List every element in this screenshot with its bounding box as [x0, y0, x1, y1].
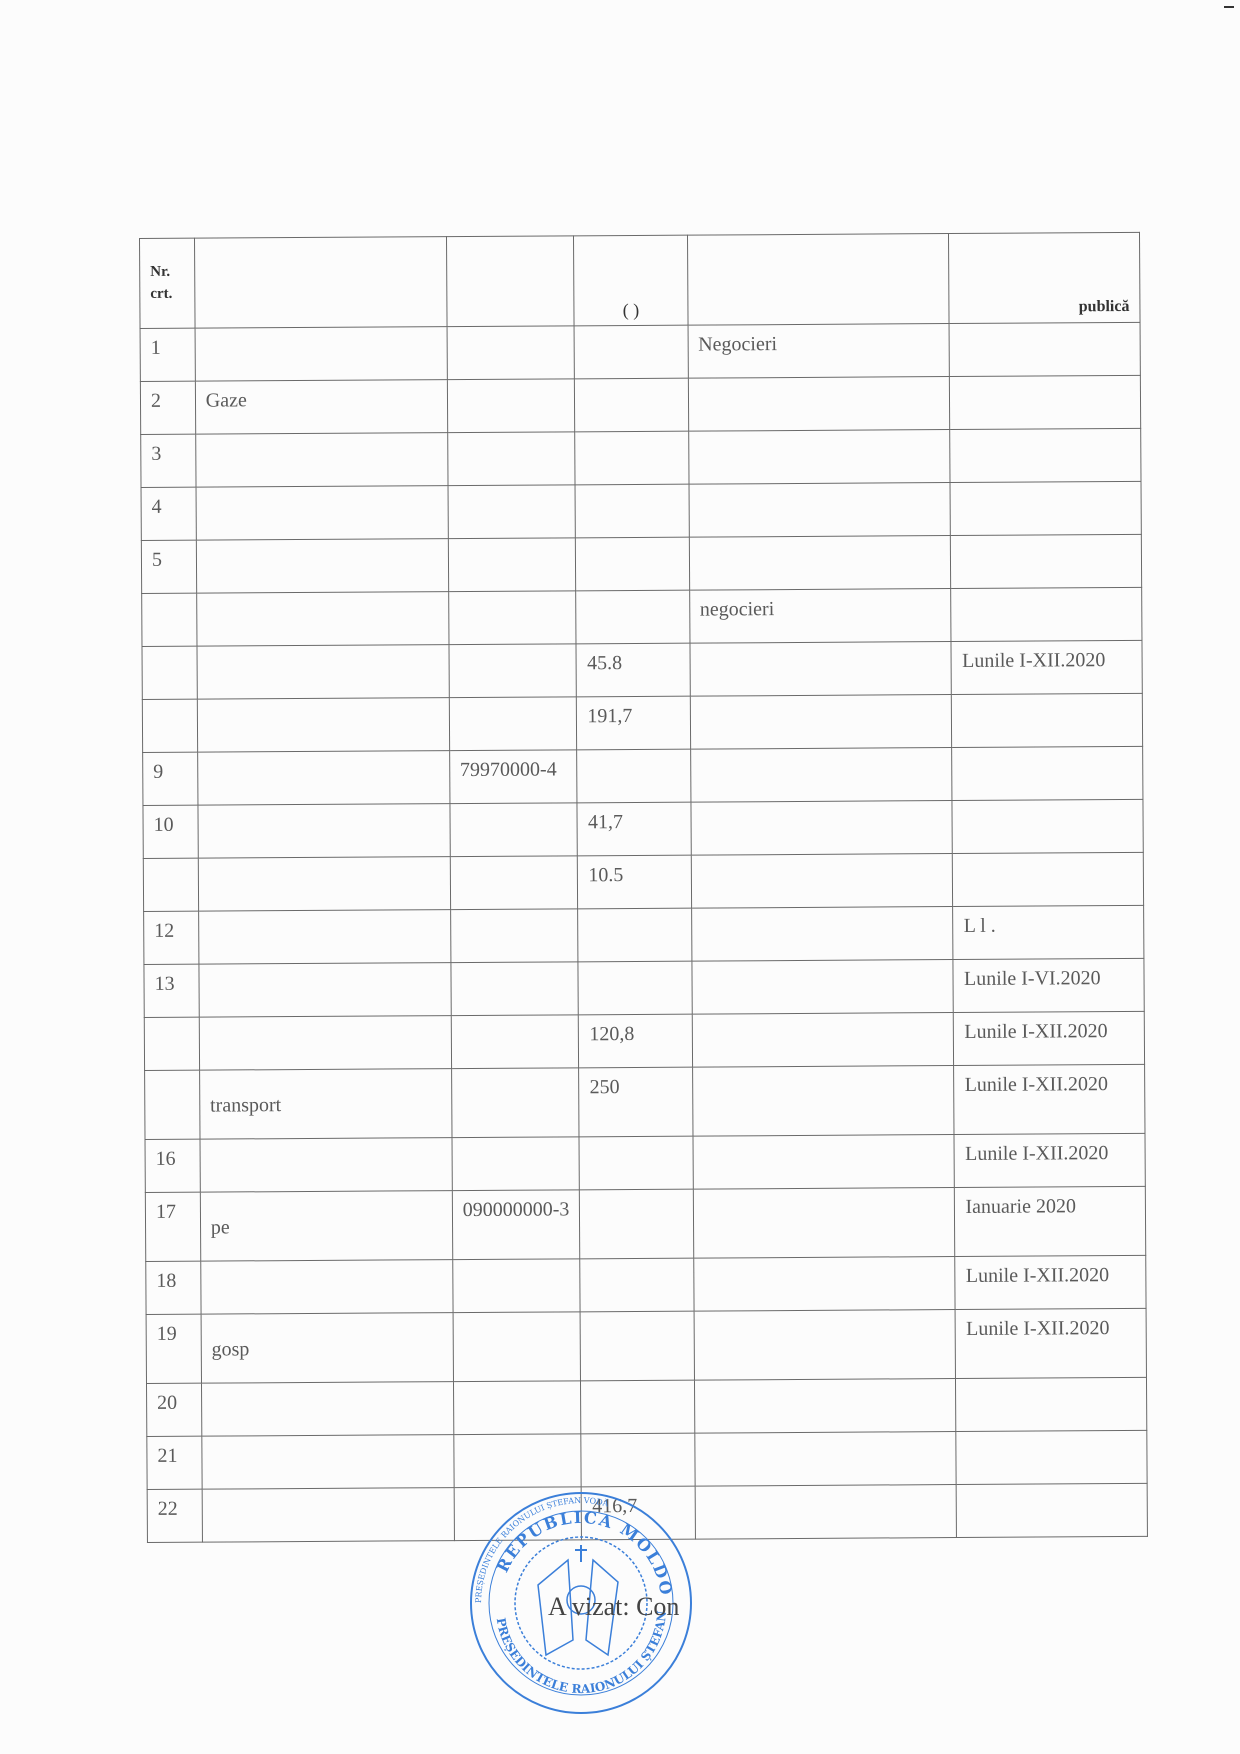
cell-cpv [448, 538, 576, 592]
cell-procedure [694, 1310, 956, 1381]
cell-value [574, 325, 687, 379]
table-row: 120,8Lunile I-XII.2020 [144, 1011, 1144, 1070]
cell-cpv [447, 379, 575, 433]
table-row: 3 [141, 428, 1141, 487]
cell-description [196, 592, 448, 647]
cell-nr: 19 [146, 1314, 201, 1383]
cell-nr [142, 646, 197, 699]
header-nr-text: Nr. crt. [150, 264, 172, 302]
cell-period [952, 746, 1143, 800]
cell-value [575, 378, 688, 432]
table-header-row: Nr. crt. ( ) publică [140, 232, 1141, 328]
header-period: publică [949, 232, 1140, 323]
cell-procedure [692, 1066, 954, 1137]
scan-mark [1224, 6, 1234, 8]
cell-period [956, 1430, 1147, 1484]
cell-nr: 4 [141, 487, 196, 540]
cell-value: 191,7 [577, 696, 690, 750]
cell-description [198, 910, 450, 965]
cell-procedure [692, 1013, 954, 1068]
table-row: 12L l . [144, 905, 1144, 964]
cell-value [578, 961, 691, 1015]
cell-value [580, 1311, 694, 1381]
cell-cpv [451, 1068, 579, 1138]
cell-period [956, 1377, 1147, 1431]
cell-cpv [448, 485, 576, 539]
cell-period: L l . [953, 905, 1144, 959]
cell-value [577, 749, 690, 803]
cell-procedure [688, 430, 950, 485]
cell-value [578, 908, 691, 962]
header-description [194, 237, 447, 329]
header-nr: Nr. crt. [140, 238, 195, 328]
cell-procedure: negocieri [689, 589, 951, 644]
procurement-plan-table: Nr. crt. ( ) publică 1Negocieri2Gaze345n… [139, 232, 1148, 1543]
cell-value [580, 1189, 694, 1259]
cell-description [195, 327, 447, 382]
cell-value [579, 1136, 692, 1190]
header-value: ( ) [574, 235, 688, 326]
cell-nr [145, 1070, 200, 1139]
cell-cpv [453, 1312, 581, 1382]
table-row: 10.5 [143, 852, 1143, 911]
table-row: negocieri [142, 587, 1142, 646]
cell-period: Lunile I-XII.2020 [954, 1064, 1145, 1134]
cell-nr: 12 [144, 911, 199, 964]
cell-description: transport [199, 1069, 451, 1140]
cell-cpv [449, 644, 577, 698]
cell-procedure [691, 907, 953, 962]
cell-period: Lunile I-XII.2020 [955, 1255, 1146, 1309]
cell-procedure [690, 801, 952, 856]
table-row: 191,7 [142, 693, 1142, 752]
cell-period: Lunile I-XII.2020 [951, 640, 1142, 694]
cell-cpv [448, 591, 576, 645]
cell-cpv [452, 1259, 580, 1313]
cell-value: 45.8 [576, 643, 689, 697]
table-row: 1Negocieri [140, 322, 1140, 381]
cell-procedure [693, 1188, 955, 1259]
cell-procedure [690, 642, 952, 697]
cell-period [950, 375, 1141, 429]
cell-description [196, 486, 448, 541]
cell-nr: 18 [146, 1261, 201, 1314]
cell-period [950, 428, 1141, 482]
table-row: 2Gaze [140, 375, 1140, 434]
cell-description: Gaze [195, 380, 447, 435]
table-row: 19gospLunile I-XII.2020 [146, 1308, 1146, 1383]
cell-value [575, 431, 688, 485]
cell-period: Lunile I-VI.2020 [953, 958, 1144, 1012]
cell-procedure [694, 1432, 956, 1487]
cell-period [951, 587, 1142, 641]
cell-description [202, 1488, 454, 1543]
cell-procedure [689, 483, 951, 538]
cell-nr: 16 [145, 1139, 200, 1192]
cell-period [951, 534, 1142, 588]
cell-cpv [450, 856, 578, 910]
cell-procedure [695, 1485, 957, 1540]
cell-description [201, 1382, 453, 1437]
cell-value [576, 590, 689, 644]
cell-nr [144, 1017, 199, 1070]
cell-procedure [690, 695, 952, 750]
cell-description [197, 645, 449, 700]
cell-nr: 21 [147, 1436, 202, 1489]
cell-description [201, 1260, 453, 1315]
cell-nr: 3 [141, 434, 196, 487]
table-row: 1041,7 [143, 799, 1143, 858]
cell-procedure [694, 1379, 956, 1434]
table-row: 45.8Lunile I-XII.2020 [142, 640, 1142, 699]
cell-value [581, 1380, 694, 1434]
cell-description [196, 539, 448, 594]
cell-nr [143, 858, 198, 911]
cell-description [198, 857, 450, 912]
cell-period [950, 322, 1141, 376]
cell-period [950, 481, 1141, 535]
cell-nr: 17 [145, 1192, 200, 1261]
cell-value [580, 1258, 693, 1312]
cell-value [575, 484, 688, 538]
cell-description [198, 804, 450, 859]
cell-value [581, 1433, 694, 1487]
cell-period: Ianuarie 2020 [955, 1186, 1146, 1256]
cell-period [957, 1483, 1148, 1537]
cell-description [199, 1016, 451, 1071]
cell-procedure [691, 854, 953, 909]
cell-procedure [691, 960, 953, 1015]
table-row: 5 [141, 534, 1141, 593]
cell-cpv [447, 326, 575, 380]
cell-description: gosp [201, 1313, 453, 1384]
cell-cpv [454, 1434, 582, 1488]
cell-cpv: 090000000-3 [452, 1190, 580, 1260]
cell-period: Lunile I-XII.2020 [956, 1308, 1147, 1378]
cell-procedure [689, 536, 951, 591]
cell-value: 250 [579, 1067, 693, 1137]
visa-text: A vizat: Con [548, 1592, 679, 1622]
cell-procedure: Negocieri [688, 324, 950, 379]
cell-description [197, 751, 449, 806]
table-row: 13Lunile I-VI.2020 [144, 958, 1144, 1017]
cell-period [953, 852, 1144, 906]
table-row: 18Lunile I-XII.2020 [146, 1255, 1146, 1314]
cell-nr: 2 [140, 381, 195, 434]
cell-cpv [451, 962, 579, 1016]
cell-cpv [450, 909, 578, 963]
header-cpv [446, 236, 574, 327]
cell-nr: 13 [144, 964, 199, 1017]
cell-nr: 20 [146, 1383, 201, 1436]
cell-description: pe [200, 1191, 452, 1262]
cell-cpv [452, 1137, 580, 1191]
cell-nr [142, 699, 197, 752]
cell-description [200, 1138, 452, 1193]
cell-value: 10.5 [578, 855, 691, 909]
table-body: 1Negocieri2Gaze345negocieri45.8Lunile I-… [140, 322, 1147, 1542]
cell-description [195, 433, 447, 488]
cell-description [199, 963, 451, 1018]
cell-nr: 10 [143, 805, 198, 858]
cell-nr: 9 [143, 752, 198, 805]
cell-value: 120,8 [579, 1014, 692, 1068]
table-row: 979970000-4 [143, 746, 1143, 805]
cell-period [952, 693, 1143, 747]
cell-procedure [693, 1135, 955, 1190]
header-procedure [687, 234, 949, 326]
cell-period: Lunile I-XII.2020 [954, 1011, 1145, 1065]
cell-nr [142, 593, 197, 646]
cell-description [197, 698, 449, 753]
cell-procedure [688, 377, 950, 432]
table-row: transport250Lunile I-XII.2020 [145, 1064, 1145, 1139]
cell-value [576, 537, 689, 591]
table-row: 16Lunile I-XII.2020 [145, 1133, 1145, 1192]
cell-description [202, 1435, 454, 1490]
cell-nr: 22 [147, 1489, 202, 1542]
cell-cpv [451, 1015, 579, 1069]
cell-period: Lunile I-XII.2020 [954, 1133, 1145, 1187]
cell-value: 41,7 [577, 802, 690, 856]
table-row: 4 [141, 481, 1141, 540]
cell-cpv [449, 697, 577, 751]
scanned-page: Nr. crt. ( ) publică 1Negocieri2Gaze345n… [0, 0, 1240, 1754]
cell-cpv [447, 432, 575, 486]
cell-period [952, 799, 1143, 853]
cell-procedure [690, 748, 952, 803]
cell-cpv [453, 1381, 581, 1435]
cell-procedure [693, 1257, 955, 1312]
table-row: 20 [146, 1377, 1146, 1436]
table-row: 17pe090000000-3Ianuarie 2020 [145, 1186, 1145, 1261]
cell-nr: 1 [140, 328, 195, 381]
cell-nr: 5 [141, 540, 196, 593]
cell-cpv [450, 803, 578, 857]
table-row: 21 [147, 1430, 1147, 1489]
cell-cpv: 79970000-4 [449, 750, 577, 804]
